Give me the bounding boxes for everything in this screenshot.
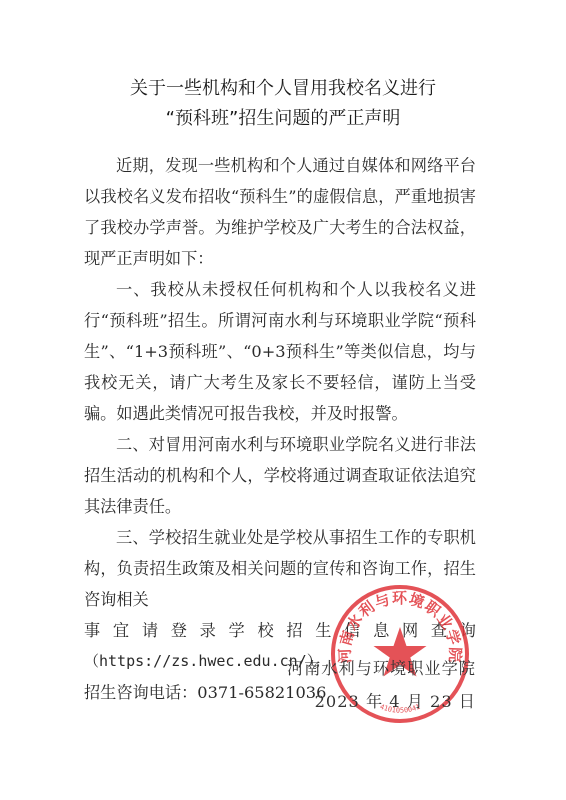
signature-organization: 河南水利与环境职业学院 <box>287 655 476 679</box>
document-title-line-1: 关于一些机构和个人冒用我校名义进行 <box>0 74 566 100</box>
intro-paragraph: 近期，发现一些机构和个人通过自媒体和网络平台以我校名义发布招收“预科生”的虚假信… <box>84 150 476 274</box>
document-title-line-2: “预科班”招生问题的严正声明 <box>0 104 566 130</box>
signature-date: 2023 年 4 月 23 日 <box>315 688 476 712</box>
clause-one-paragraph: 一、我校从未授权任何机构和个人以我校名义进行“预科班”招生。所谓河南水利与环境职… <box>84 274 476 429</box>
document-page: 关于一些机构和个人冒用我校名义进行 “预科班”招生问题的严正声明 近期，发现一些… <box>0 0 566 800</box>
clause-two-paragraph: 二、对冒用河南水利与环境职业学院名义进行非法招生活动的机构和个人，学校将通过调查… <box>84 429 476 522</box>
